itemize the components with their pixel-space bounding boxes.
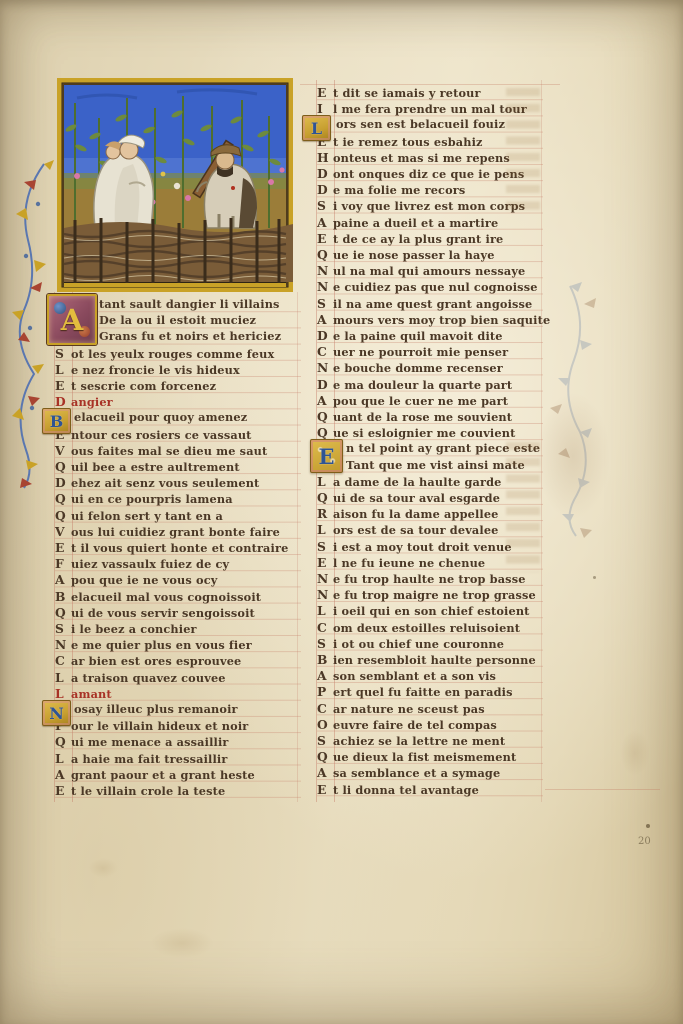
verse-line: Lors est de sa tour devalee: [317, 522, 543, 538]
verse-line: Quant de la rose me souvient: [317, 409, 543, 425]
verse-capital: A: [55, 767, 71, 782]
verse-text: om deux estoilles reluisoient: [333, 621, 520, 636]
verse-text: ui en ce pourpris lamena: [71, 492, 233, 507]
verse-line: Et ie remez tous esbahiz: [317, 134, 543, 150]
initial-letter: L: [311, 119, 322, 138]
verse-text: De la ou il estoit muciez: [99, 313, 256, 328]
verse-capital: S: [317, 636, 333, 651]
verse-capital: S: [55, 621, 71, 636]
verse-capital: S: [317, 733, 333, 748]
verse-line: Et dit se iamais y retour: [317, 85, 543, 101]
verse-text: elacueil pour quoy amenez: [74, 410, 247, 425]
verse-text: e me quier plus en vous fier: [71, 638, 252, 653]
verse-text: uant de la rose me souvient: [333, 410, 512, 425]
verse-line: Belacueil mal vous cognoissoit: [55, 589, 301, 605]
verse-line: Et le villain crole la teste: [55, 783, 301, 799]
verse-capital: D: [317, 328, 333, 343]
verse-line: Com deux estoilles reluisoient: [317, 620, 543, 636]
verse-line: Bien resembloit haulte personne: [317, 652, 543, 668]
verse-capital: C: [55, 653, 71, 668]
verse-line: Qui de sa tour aval esgarde: [317, 490, 543, 506]
verse-line: Ne fu trop maigre ne trop grasse: [317, 587, 543, 603]
verse-text: e fu trop maigre ne trop grasse: [333, 588, 536, 603]
verse-line: Vous lui cuidiez grant bonte faire: [55, 524, 301, 540]
illuminated-initial-L: L: [302, 115, 331, 141]
verse-line: Que si esloignier me couvient: [317, 425, 543, 441]
verse-capital: L: [317, 522, 333, 537]
verse-line: Cuer ne pourroit mie penser: [317, 344, 543, 360]
verse-line: Et il vous quiert honte et contraire: [55, 540, 301, 556]
verse-text: ue dieux la fist meismement: [333, 750, 516, 765]
verse-capital: D: [55, 475, 71, 490]
verse-capital: D: [55, 394, 71, 409]
verse-text: Grans fu et noirs et hericiez: [99, 329, 281, 344]
verse-capital: L: [55, 686, 71, 701]
verse-capital: L: [317, 474, 333, 489]
illuminated-initial-A: A: [47, 294, 97, 345]
verse-text: t dit se iamais y retour: [333, 86, 481, 101]
verse-text: paine a dueil et a martire: [333, 216, 498, 231]
verse-capital: E: [55, 783, 71, 798]
verse-line: Fuiez vassaulx fuiez de cy: [55, 556, 301, 572]
verse-line: De la ou il estoit muciez: [55, 313, 345, 329]
ink-speck: [646, 824, 650, 828]
verse-line: Et de ce ay la plus grant ire: [317, 231, 543, 247]
verse-line: Dehez ait senz vous seulement: [55, 475, 301, 491]
verse-text: ous lui cuidiez grant bonte faire: [71, 525, 280, 540]
stain: [150, 928, 214, 958]
verse-text: uil bee a estre aultrement: [71, 460, 240, 475]
verse-line: ors sen est belacueil fouiz: [317, 117, 562, 133]
verse-capital: D: [317, 377, 333, 392]
verse-text: angier: [71, 395, 113, 410]
verse-text: ous faites mal se dieu me saut: [71, 444, 267, 459]
verse-capital: Q: [55, 491, 71, 506]
verse-line: Il me fera prendre un mal tour: [317, 101, 543, 117]
right-margin-faded-spray: [540, 282, 610, 538]
verse-capital: E: [317, 782, 333, 797]
verse-capital: S: [55, 346, 71, 361]
verse-text: i le beez a conchier: [71, 622, 197, 637]
verse-capital: D: [317, 166, 333, 181]
verse-capital: N: [55, 637, 71, 652]
verse-capital: L: [55, 362, 71, 377]
verse-line: Sot les yeulx rouges comme feux: [55, 346, 301, 362]
verse-capital: Q: [55, 734, 71, 749]
verse-capital: Q: [317, 247, 333, 262]
verse-capital: N: [317, 587, 333, 602]
verse-line: Pour le villain hideux et noir: [55, 718, 301, 734]
verse-text: ue si esloignier me couvient: [333, 426, 515, 441]
verse-text: a traison quavez couvee: [71, 671, 226, 686]
verse-line: Grans fu et noirs et hericiez: [55, 329, 345, 345]
verse-line: Entour ces rosiers ce vassaut: [55, 427, 301, 443]
verse-text: ien resembloit haulte personne: [333, 653, 536, 668]
miniature-garden-scene: [57, 78, 293, 292]
verse-text: osay illeuc plus remanoir: [74, 702, 238, 717]
verse-text: euvre faire de tel compas: [333, 718, 497, 733]
verse-line: La dame de la haulte garde: [317, 474, 543, 490]
verse-capital: B: [55, 589, 71, 604]
verse-capital: E: [55, 378, 71, 393]
verse-capital: R: [317, 506, 333, 521]
verse-line: Sil na ame quest grant angoisse: [317, 296, 543, 312]
verse-capital: A: [317, 765, 333, 780]
verse-line: Dont onques diz ce que ie pens: [317, 166, 543, 182]
verse-capital: A: [317, 668, 333, 683]
verse-line: De la paine quil mavoit dite: [317, 328, 543, 344]
verse-text: t de ce ay la plus grant ire: [333, 232, 503, 247]
verse-line: La haie ma fait tressaillir: [55, 751, 301, 767]
verse-line: n tel point ay grant piece este: [317, 441, 572, 457]
verse-text: uer ne pourroit mie penser: [333, 345, 508, 360]
verse-capital: N: [317, 263, 333, 278]
verse-text: ont onques diz ce que ie pens: [333, 167, 524, 182]
rubric-line: Lamant: [55, 686, 301, 702]
verse-capital: A: [317, 393, 333, 408]
manuscript-page: Atant sault dangier li villainsDe la ou …: [0, 0, 683, 1024]
verse-line: Que ie nose passer la haye: [317, 247, 543, 263]
verse-text: e la paine quil mavoit dite: [333, 329, 503, 344]
verse-text: t li donna tel avantage: [333, 783, 479, 798]
verse-text: ar bien est ores esprouvee: [71, 654, 241, 669]
verse-line: Qui me menace a assaillir: [55, 734, 301, 750]
verse-text: t le villain crole la teste: [71, 784, 225, 799]
verse-capital: B: [317, 652, 333, 667]
right-text-column: Et dit se iamais y retourIl me fera pren…: [317, 85, 543, 800]
verse-text: t ie remez tous esbahiz: [333, 135, 483, 150]
verse-line: Que dieux la fist meismement: [317, 749, 543, 765]
verse-capital: N: [317, 571, 333, 586]
verse-capital: Q: [317, 409, 333, 424]
verse-line: Qui en ce pourpris lamena: [55, 491, 301, 507]
verse-text: t sescrie com forcenez: [71, 379, 216, 394]
verse-line: Car nature ne sceust pas: [317, 701, 543, 717]
verse-text: e ma folie me recors: [333, 183, 465, 198]
verse-line: Car bien est ores esprouvee: [55, 653, 301, 669]
verse-text: i oeil qui en son chief estoient: [333, 604, 530, 619]
verse-text: e bouche domme recenser: [333, 361, 503, 376]
verse-text: ot les yeulx rouges comme feux: [71, 347, 274, 362]
illuminated-initial-N: N: [42, 700, 71, 726]
verse-line: Qui felon sert y tant en a: [55, 508, 301, 524]
initial-letter: B: [50, 412, 64, 431]
stain: [620, 730, 650, 776]
verse-line: Sachiez se la lettre ne ment: [317, 733, 543, 749]
verse-text: ar nature ne sceust pas: [333, 702, 485, 717]
verse-text: ue ie nose passer la haye: [333, 248, 495, 263]
verse-line: Pert quel fu faitte en paradis: [317, 684, 543, 700]
verse-line: Et li donna tel avantage: [317, 782, 543, 798]
verse-capital: Q: [317, 490, 333, 505]
verse-text: e cuidiez pas que nul cognoisse: [333, 280, 538, 295]
verse-line: Ne cuidiez pas que nul cognoisse: [317, 279, 543, 295]
verse-text: son semblant et a son vis: [333, 669, 496, 684]
verse-line: Li oeil qui en son chief estoient: [317, 603, 543, 619]
verse-text: onteus et mas si me repens: [333, 151, 510, 166]
verse-text: i voy que livrez est mon corps: [333, 199, 525, 214]
verse-text: ui me menace a assaillir: [71, 735, 229, 750]
illuminated-initial-E: E: [310, 439, 343, 473]
verse-line: elacueil pour quoy amenez: [55, 410, 320, 426]
verse-capital: V: [55, 524, 71, 539]
verse-line: Si le beez a conchier: [55, 621, 301, 637]
verse-capital: E: [317, 231, 333, 246]
verse-line: Vous faites mal se dieu me saut: [55, 443, 301, 459]
verse-line: Si voy que livrez est mon corps: [317, 198, 543, 214]
verse-line: La traison quavez couvee: [55, 670, 301, 686]
verse-line: Oeuvre faire de tel compas: [317, 717, 543, 733]
verse-capital: N: [317, 279, 333, 294]
verse-capital: D: [317, 182, 333, 197]
ink-speck: [593, 576, 596, 579]
verse-text: sa semblance et a symage: [333, 766, 500, 781]
verse-text: ui felon sert y tant en a: [71, 509, 223, 524]
ruling-line: [545, 789, 660, 790]
verse-line: Si ot ou chief une couronne: [317, 636, 543, 652]
verse-text: aison fu la dame appellee: [333, 507, 499, 522]
verse-text: e nez froncie le vis hideux: [71, 363, 240, 378]
verse-capital: S: [317, 296, 333, 311]
verse-line: Apou que ie ne vous ocy: [55, 572, 301, 588]
verse-line: De ma douleur la quarte part: [317, 377, 543, 393]
verse-line: Honteus et mas si me repens: [317, 150, 543, 166]
rubric-line: Dangier: [55, 394, 301, 410]
verse-line: Qui de vous servir sengoissoit: [55, 605, 301, 621]
verse-text: a dame de la haulte garde: [333, 475, 502, 490]
verse-text: i est a moy tout droit venue: [333, 540, 512, 555]
verse-capital: N: [317, 360, 333, 375]
verse-capital: A: [317, 312, 333, 327]
verse-capital: C: [317, 620, 333, 635]
verse-text: uiez vassaulx fuiez de cy: [71, 557, 229, 572]
verse-capital: C: [317, 344, 333, 359]
verse-text: t il vous quiert honte et contraire: [71, 541, 288, 556]
verse-capital: L: [55, 751, 71, 766]
verse-text: achiez se la lettre ne ment: [333, 734, 505, 749]
verse-capital: V: [55, 443, 71, 458]
verse-text: ui de sa tour aval esgarde: [333, 491, 500, 506]
verse-text: n tel point ay grant piece este: [346, 441, 540, 456]
verse-text: tant sault dangier li villains: [99, 297, 280, 312]
verse-capital: I: [317, 101, 333, 116]
verse-capital: E: [55, 540, 71, 555]
verse-line: Ne bouche domme recenser: [317, 360, 543, 376]
initial-letter: A: [61, 303, 84, 337]
verse-text: our le villain hideux et noir: [71, 719, 248, 734]
verse-text: i ot ou chief une couronne: [333, 637, 504, 652]
verse-line: Ne fu trop haulte ne trop basse: [317, 571, 543, 587]
verse-capital: A: [55, 572, 71, 587]
verse-capital: O: [317, 717, 333, 732]
verse-capital: E: [317, 555, 333, 570]
verse-text: a haie ma fait tressaillir: [71, 752, 227, 767]
verse-capital: E: [317, 85, 333, 100]
verse-line: Ason semblant et a son vis: [317, 668, 543, 684]
verse-text: ntour ces rosiers ce vassaut: [71, 428, 252, 443]
verse-text: e ma douleur la quarte part: [333, 378, 512, 393]
verse-capital: Q: [55, 459, 71, 474]
verse-text: ors est de sa tour devalee: [333, 523, 499, 538]
verse-line: Ne me quier plus en vous fier: [55, 637, 301, 653]
verse-text: elacueil mal vous cognoissoit: [71, 590, 261, 605]
verse-line: Asa semblance et a symage: [317, 765, 543, 781]
verse-line: El ne fu ieune ne chenue: [317, 555, 543, 571]
verse-capital: H: [317, 150, 333, 165]
verse-text: ors sen est belacueil fouiz: [336, 117, 505, 132]
verse-text: e fu trop haulte ne trop basse: [333, 572, 526, 587]
verse-line: Raison fu la dame appellee: [317, 506, 543, 522]
verse-text: ui de vous servir sengoissoit: [71, 606, 255, 621]
verse-text: l ne fu ieune ne chenue: [333, 556, 485, 571]
verse-capital: Q: [55, 508, 71, 523]
verse-capital: Q: [317, 749, 333, 764]
verse-capital: L: [317, 603, 333, 618]
verse-line: Le nez froncie le vis hideux: [55, 362, 301, 378]
verse-text: pou que le cuer ne me part: [333, 394, 508, 409]
red-leaf-motifs: [18, 180, 42, 488]
verse-line: osay illeuc plus remanoir: [55, 702, 320, 718]
verse-line: De ma folie me recors: [317, 182, 543, 198]
verse-line: Tant que me vist ainsi mate: [317, 458, 572, 474]
verse-line: Amours vers moy trop bien saquite: [317, 312, 543, 328]
verse-text: amant: [71, 687, 112, 702]
verse-capital: F: [55, 556, 71, 571]
verse-capital: Q: [317, 425, 333, 440]
verse-line: Et sescrie com forcenez: [55, 378, 301, 394]
illuminated-initial-B: B: [42, 408, 71, 434]
verse-line: tant sault dangier li villains: [55, 297, 345, 313]
verse-line: Si est a moy tout droit venue: [317, 539, 543, 555]
verse-capital: S: [317, 539, 333, 554]
verse-text: grant paour et a grant heste: [71, 768, 255, 783]
folio-number: 20: [638, 836, 651, 847]
verse-capital: A: [317, 215, 333, 230]
verse-text: ehez ait senz vous seulement: [71, 476, 259, 491]
verse-text: l me fera prendre un mal tour: [333, 102, 527, 117]
verse-capital: L: [55, 670, 71, 685]
left-text-column: Atant sault dangier li villainsDe la ou …: [55, 297, 301, 801]
verse-capital: S: [317, 198, 333, 213]
verse-line: Apaine a dueil et a martire: [317, 215, 543, 231]
verse-text: ul na mal qui amours nessaye: [333, 264, 525, 279]
verse-capital: C: [317, 701, 333, 716]
verse-line: Agrant paour et a grant heste: [55, 767, 301, 783]
verse-text: pou que ie ne vous ocy: [71, 573, 217, 588]
verse-text: il na ame quest grant angoisse: [333, 297, 532, 312]
verse-line: Nul na mal qui amours nessaye: [317, 263, 543, 279]
verse-capital: Q: [55, 605, 71, 620]
stain: [88, 858, 118, 878]
verse-line: Quil bee a estre aultrement: [55, 459, 301, 475]
verse-line: Apou que le cuer ne me part: [317, 393, 543, 409]
initial-letter: N: [49, 704, 64, 723]
verse-text: mours vers moy trop bien saquite: [333, 313, 550, 328]
verse-text: ert quel fu faitte en paradis: [333, 685, 513, 700]
verse-capital: P: [317, 684, 333, 699]
verse-text: Tant que me vist ainsi mate: [346, 458, 525, 473]
initial-letter: E: [318, 444, 334, 469]
